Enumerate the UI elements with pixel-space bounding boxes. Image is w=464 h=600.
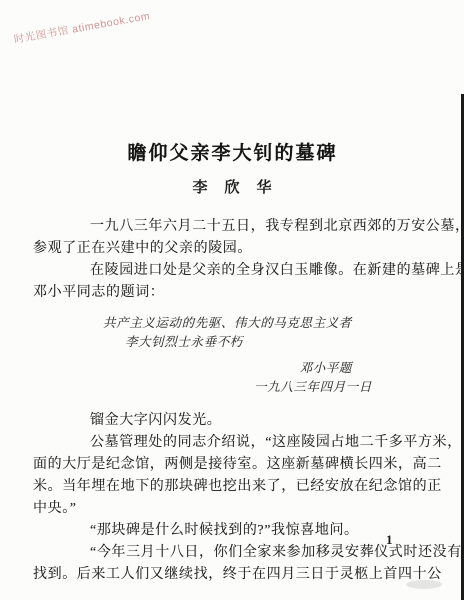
page-title: 瞻仰父亲李大钊的墓碑	[33, 138, 432, 165]
scanned-book-page: 时光图书馆 atimebook.com 瞻仰父亲李大钊的墓碑 李 欣 华 一九八…	[0, 0, 464, 600]
text-line: 中央。”	[33, 498, 432, 520]
block-para: “那块碑是什么时候找到的?”我惊喜地问。	[33, 520, 432, 542]
text-line: 面的大厅是纪念馆，两侧是接待室。这座新墓碑横长四米，高二	[33, 454, 432, 476]
block-para: 一九八三年六月二十五日，我专程到北京西郊的万安公墓，参观了正在兴建中的父亲的陵园…	[33, 216, 432, 260]
block-para: 公墓管理处的同志介绍说，“这座陵园占地二千多平方米，正面的大厅是纪念馆，两侧是接…	[33, 432, 432, 520]
text-line: “那块碑是什么时候找到的?”我惊喜地问。	[33, 520, 432, 542]
block-para: 镏金大字闪闪发光。	[33, 410, 432, 432]
text-line: 邓小平同志的题词：	[33, 282, 432, 304]
body-blocks: 一九八三年六月二十五日，我专程到北京西郊的万安公墓，参观了正在兴建中的父亲的陵园…	[33, 216, 432, 586]
text-line: 一九八三年六月二十五日，我专程到北京西郊的万安公墓，	[33, 216, 432, 238]
text-line: 参观了正在兴建中的父亲的陵园。	[33, 238, 432, 260]
text-line: 找到。后来工人们又继续找，终于在四月三日于灵柩上首四十公	[33, 564, 432, 586]
watermark: 时光图书馆 atimebook.com	[13, 8, 152, 47]
page-content: 瞻仰父亲李大钊的墓碑 李 欣 华 一九八三年六月二十五日，我专程到北京西郊的万安…	[33, 138, 432, 586]
block-quote: 共产主义运动的先驱、伟大的马克思主义者李大钊烈士永垂不朽	[33, 314, 432, 352]
text-line: 共产主义运动的先驱、伟大的马克思主义者	[33, 314, 432, 333]
text-line: 米。当年埋在地下的那块碑也挖出来了，已经安放在纪念馆的正	[33, 476, 432, 498]
text-line: 在陵园进口处是父亲的全身汉白玉雕像。在新建的墓碑上是	[33, 260, 432, 282]
text-line: “今年三月十八日，你们全家来参加移灵安葬仪式时还没有	[33, 542, 432, 564]
text-line: 镏金大字闪闪发光。	[33, 410, 432, 432]
page-number: 1	[386, 532, 393, 548]
text-line: 一九八三年四月一日	[33, 378, 372, 397]
text-line: 公墓管理处的同志介绍说，“这座陵园占地二千多平方米，正	[33, 432, 432, 454]
scan-smudge	[406, 580, 442, 589]
block-para: 在陵园进口处是父亲的全身汉白玉雕像。在新建的墓碑上是邓小平同志的题词：	[33, 260, 432, 304]
block-signature: 邓小平题一九八三年四月一日	[33, 359, 432, 397]
text-line: 李大钊烈士永垂不朽	[33, 333, 432, 352]
block-para: “今年三月十八日，你们全家来参加移灵安葬仪式时还没有找到。后来工人们又继续找，终…	[33, 542, 432, 586]
text-line: 邓小平题	[33, 359, 372, 378]
author-name: 李 欣 华	[33, 176, 432, 197]
